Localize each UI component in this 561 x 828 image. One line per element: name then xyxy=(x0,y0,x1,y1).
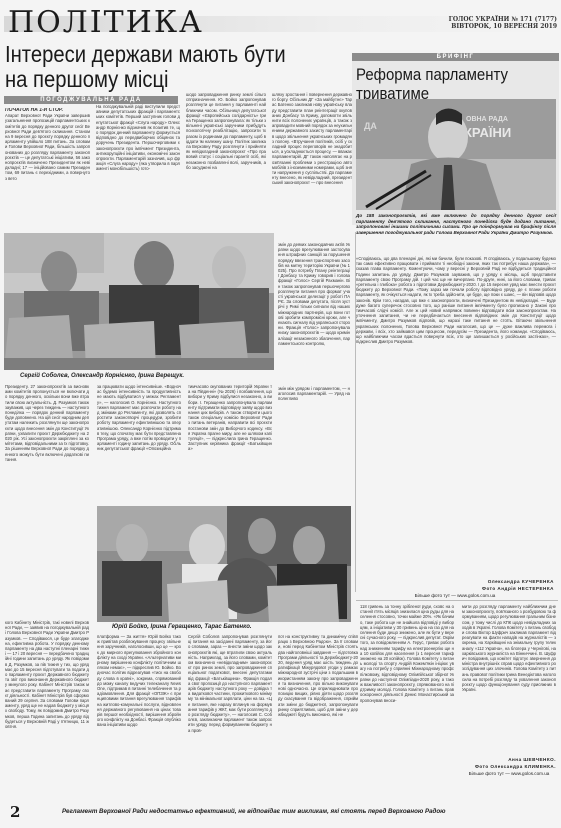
lower-col-4: змін між урядом і парламентом, — наголос… xyxy=(278,386,350,502)
right-lower-photo-credit: Фото Олександра КЛИМЕНКА. xyxy=(475,764,556,769)
masthead: ГОЛОС УКРАЇНИ № 171 (7177) ВІВТОРОК, 10 … xyxy=(449,16,557,30)
right-lower-author: Анна ШЕВЧЕНКО. xyxy=(508,757,556,762)
masthead-date: ВІВТОРОК, 10 ВЕРЕСНЯ 2019 xyxy=(449,23,557,30)
briefing-signature: Олександра КУЧЕРЕНКА Фото Андрія НЕСТЕРЕ… xyxy=(356,578,554,599)
main-col-3: шодо запровадження ринку землі сільгоспп… xyxy=(186,92,266,242)
photo-deputies-1 xyxy=(4,233,274,370)
briefing-rubric: БРИФІНГ xyxy=(352,53,559,61)
photo-deputies-2 xyxy=(97,506,351,622)
main-col-5: змін до деяких законодавчих актів Україн… xyxy=(278,242,350,386)
photo-1-caption: Сергій Соболєв, Олександр Корнієнко, Іри… xyxy=(20,373,184,379)
bottom-col-1: кого Кабінету Міністрів, такі новелі Вер… xyxy=(5,620,89,798)
lower-col-2: за працювати щодо інтенсивніше. «Водноча… xyxy=(97,384,181,502)
briefing-more-photos[interactable]: Більше фото тут — www.golos.com.ua xyxy=(356,592,554,599)
right-lower-signature: Анна ШЕВЧЕНКО. Фото Олександра КЛИМЕНКА.… xyxy=(462,756,556,777)
section-title: ПОЛІТИКА xyxy=(8,8,204,38)
column-rule xyxy=(355,232,356,592)
main-col-1-text: Апарат Верховної Ради України завершив у… xyxy=(5,113,90,181)
main-col-1: ПОЧАТОК НА 1-Й СТОР. Апарат Верховної Ра… xyxy=(5,108,90,230)
svg-text:КРАЇНИ: КРАЇНИ xyxy=(464,125,511,140)
section-rule xyxy=(356,600,558,601)
newspaper-page: ПОЛІТИКА ГОЛОС УКРАЇНИ № 171 (7177) ВІВТ… xyxy=(0,0,561,828)
briefing-body: «Сподіваюсь, що два пленарні дні, які ми… xyxy=(356,256,556,578)
svg-text:ОВНА РАДА: ОВНА РАДА xyxy=(466,116,508,123)
briefing-lead: До 188 законопроєктів, які вже включено … xyxy=(356,213,556,235)
photo-image: ДА ОВНА РАДА КРАЇНИ xyxy=(356,99,556,210)
main-col-2: На погоджувальній раді виступили предста… xyxy=(96,104,180,230)
footer-tagline: Регламент Верховної Ради недостатньо ефе… xyxy=(62,808,445,815)
bottom-col-3: Сергій Соболєв запропонував розглянути ц… xyxy=(188,634,272,798)
briefing-headline: Реформа парламенту триватиме xyxy=(356,65,532,103)
photo-razumkov: ДА ОВНА РАДА КРАЇНИ xyxy=(356,99,556,210)
briefing-author: Олександра КУЧЕРЕНКА xyxy=(488,579,554,584)
main-headline: Інтереси держави мають бути на першому м… xyxy=(5,42,304,92)
lower-col-3: тимчасово окупованих територій України т… xyxy=(188,384,272,502)
main-rubric: ПОГОДЖУВАЛЬНА РАДА xyxy=(4,96,178,104)
briefing-photo-credit: Фото Андрія НЕСТЕРЕНКА xyxy=(482,586,554,591)
bottom-col-4: пої на конструктивну та динамічну співпр… xyxy=(278,634,358,798)
photo-image xyxy=(4,233,274,370)
main-col-4: шляху зростання і повернення державного … xyxy=(272,92,352,242)
bottom-col-2: платформа — За життя» Юрій Бойко також п… xyxy=(97,634,181,798)
right-lower-more-photos[interactable]: Більше фото тут — www.golos.com.ua xyxy=(462,770,556,777)
photo-2-caption: Юрій Бойко, Ірина Геращенко, Тарас Батен… xyxy=(112,624,252,630)
photo-image xyxy=(97,506,351,622)
svg-text:ДА: ДА xyxy=(364,121,377,131)
page-number: 2 xyxy=(10,803,20,821)
masthead-issue: ГОЛОС УКРАЇНИ № 171 (7177) xyxy=(449,16,557,23)
right-lower-col-1: 118 гривень за тонну зрібленої руди, схо… xyxy=(360,604,454,799)
lower-col-1: Президенту. 27 законопроєктів за висновк… xyxy=(5,384,89,502)
right-lower-col-2: мити до розгляду парламенту найближчим д… xyxy=(462,604,556,744)
